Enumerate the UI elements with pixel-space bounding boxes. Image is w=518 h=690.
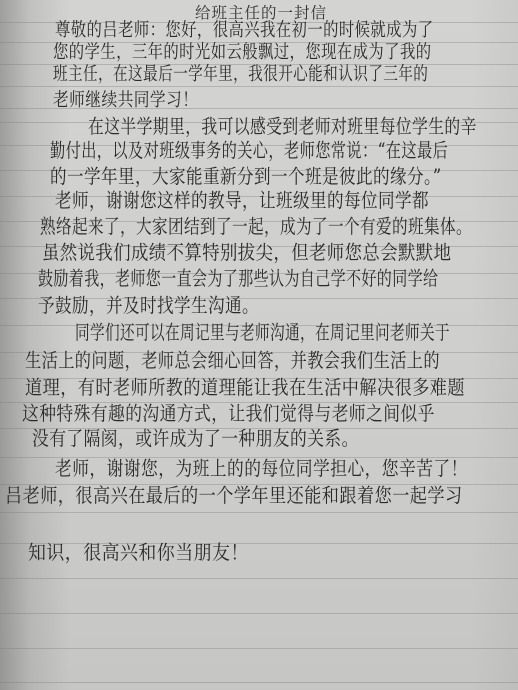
letter-line: 这种特殊有趣的沟通方式，让我们觉得与老师之间似乎 <box>22 403 435 425</box>
ruled-line <box>0 578 518 579</box>
letter-line: 同学们还可以在周记里与老师沟通，在周记里问老师关于 <box>75 322 450 344</box>
letter-line: 尊敬的吕老师：您好，很高兴我在初一的时候就成为了 <box>55 20 433 42</box>
letter-line: 在这半学期里，我可以感受到老师对班里每位学生的辛 <box>88 116 477 138</box>
letter-line: 您的学生，三年的时光如云般飘过，您现在成为了我的 <box>53 42 431 64</box>
ruled-line <box>0 512 518 513</box>
letter-line: 老师，谢谢您这样的教导，让班级里的每位同学都 <box>55 190 429 212</box>
letter-line: 的一学年里，大家能重新分到一个班是彼此的缘分。” <box>50 166 442 188</box>
letter-line: 班主任，在这最后一学年里，我很开心能和认识了三年的 <box>53 64 428 86</box>
letter-line: 予鼓励，并及时找学生沟通。 <box>38 295 259 317</box>
letter-line: 知识，很高兴和你当朋友！ <box>28 542 249 564</box>
letter-line: 老师，谢谢您，为班上的的每位同学担心，您辛苦了！ <box>55 458 468 480</box>
letter-line: 老师继续共同学习！ <box>53 90 198 112</box>
letter-line: 道理，有时老师所教的道理能让我在生活中解决很多难题 <box>25 377 465 399</box>
letter-line: 生活上的问题，老师总会细心回答，并教会我们生活上的 <box>25 350 440 372</box>
letter-line: 熟络起来了，大家团结到了一起，成为了一个有爱的班集体。 <box>40 216 472 238</box>
ruled-line <box>0 613 518 614</box>
letter-line: 虽然说我们成绩不算特别拔尖，但老师您总会默默地 <box>42 242 451 264</box>
letter-line: 没有了隔阂，或许成为了一种朋友的关系。 <box>32 428 359 450</box>
ruled-line <box>0 648 518 649</box>
ruled-line <box>0 682 518 683</box>
letter-line: 鼓励着我，老师您一直会为了那些认为自己学不好的同学给 <box>38 268 438 290</box>
letter-line: 吕老师，很高兴在最后的一个学年里还能和跟着您一起学习 <box>5 485 463 507</box>
ruled-line <box>0 86 518 87</box>
letter-line: 勤付出，以及对班级事务的关心，老师您常说：“在这最后 <box>50 140 448 162</box>
